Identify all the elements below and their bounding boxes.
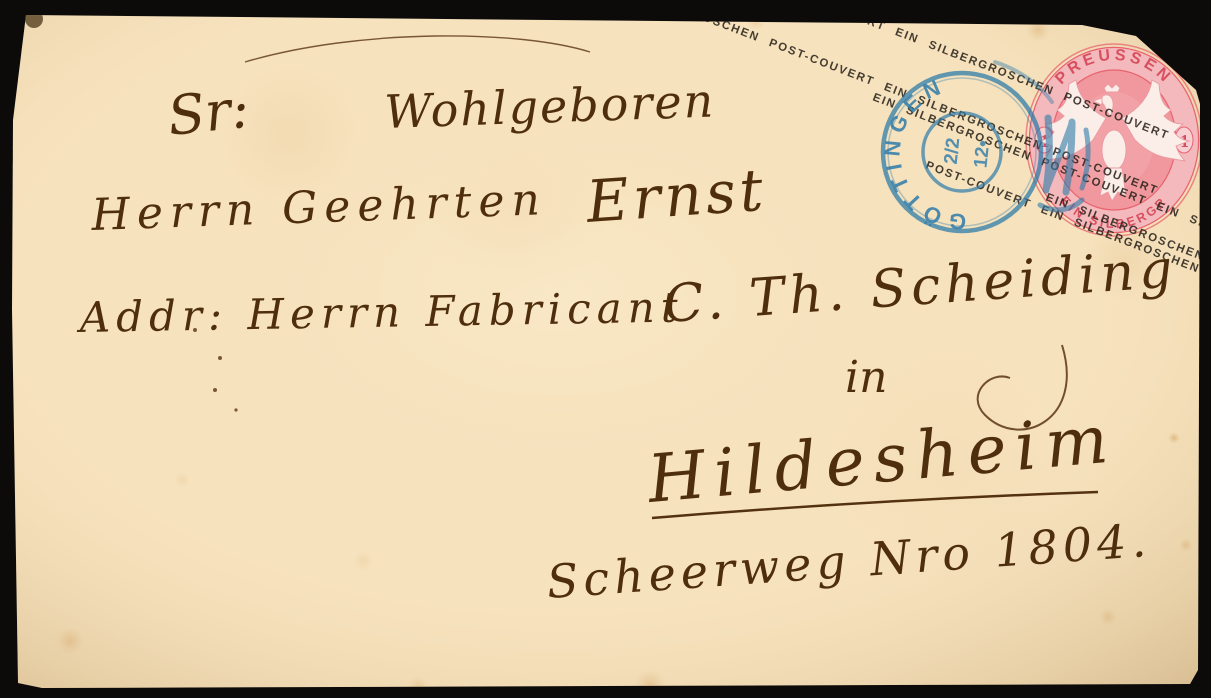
svg-text:2/2: 2/2 [941, 137, 965, 165]
address-line2-name: Ernst [583, 156, 769, 236]
svg-text:12•: 12• [970, 139, 994, 169]
address-line1: Wohlgeboren [383, 73, 716, 139]
photo-of-postal-cover: PREUSSEN EIN SILBERGR 1 1 COUVERT EIN [0, 0, 1211, 698]
address-honorific: Sr: [165, 77, 252, 148]
envelope-scene: PREUSSEN EIN SILBERGR 1 1 COUVERT EIN [0, 0, 1211, 698]
address-line4: in [845, 352, 887, 403]
